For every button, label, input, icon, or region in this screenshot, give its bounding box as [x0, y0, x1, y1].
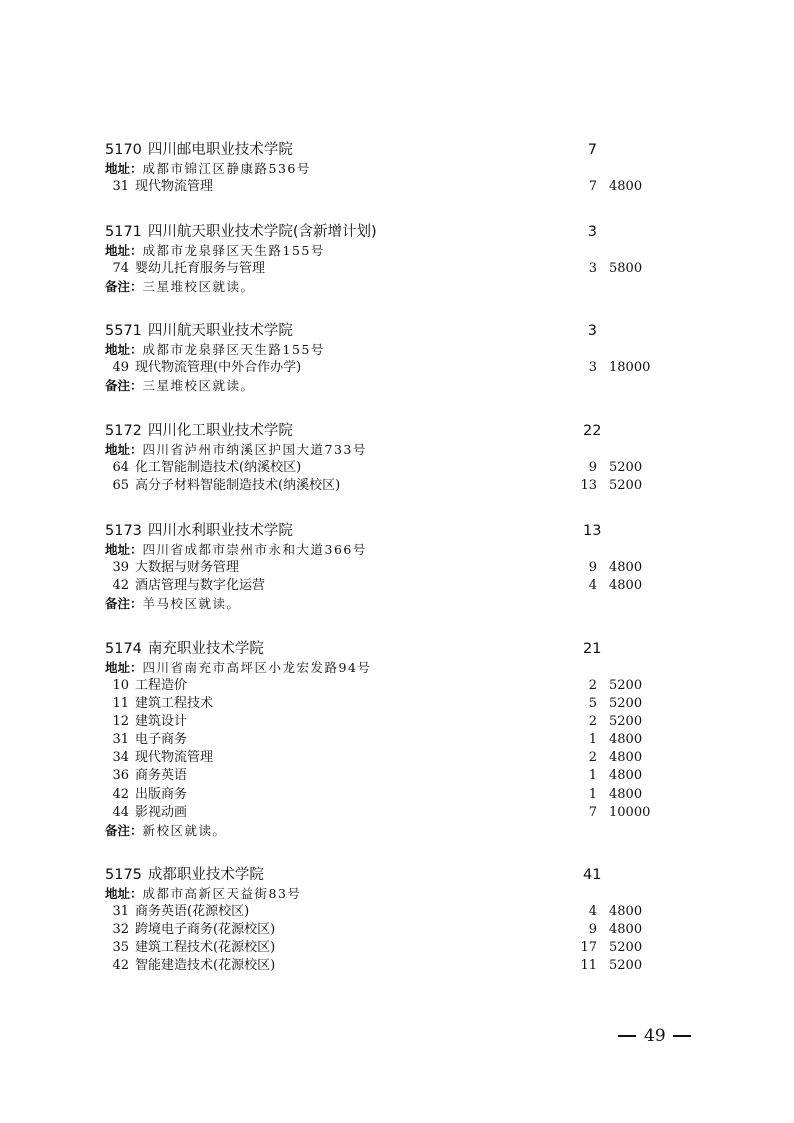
note-label: 备注： — [105, 823, 143, 838]
school-name: 南充职业技术学院 — [148, 641, 264, 657]
major-fee: 18000 — [609, 359, 650, 377]
major-name: 大数据与财务管理 — [135, 560, 239, 575]
major-row: 35建筑工程技术(花源校区) 17 5200 — [105, 939, 665, 957]
school-address: 地址：四川省南充市高坪区小龙宏发路94号 — [105, 659, 665, 677]
major-name: 商务英语 — [135, 768, 187, 783]
major-row: 11建筑工程技术 5 5200 — [105, 695, 665, 713]
school-total: 13 — [583, 522, 597, 541]
major-row: 44影视动画 7 10000 — [105, 804, 665, 822]
major-row: 32跨境电子商务(花源校区) 9 4800 — [105, 921, 665, 939]
major-fee: 4800 — [609, 903, 642, 921]
major-code: 49 — [108, 359, 129, 377]
school-block: 5173四川水利职业技术学院 13 地址：四川省成都市崇州市永和大道366号 3… — [105, 522, 665, 613]
note-value: 羊马校区就读。 — [143, 596, 241, 611]
major-fee: 5200 — [609, 957, 642, 975]
school-block: 5172四川化工职业技术学院 22 地址：四川省泸州市纳溪区护国大道733号 6… — [105, 422, 665, 495]
major-count: 2 — [575, 749, 597, 767]
address-label: 地址： — [105, 442, 143, 457]
major-name: 建筑工程技术 — [135, 696, 213, 711]
school-address: 地址：成都市锦江区静康路536号 — [105, 160, 665, 178]
major-count: 7 — [575, 178, 597, 196]
school-total: 7 — [583, 141, 597, 160]
major-name: 酒店管理与数字化运营 — [135, 578, 265, 593]
major-fee: 5200 — [609, 939, 642, 957]
major-row: 42酒店管理与数字化运营 4 4800 — [105, 577, 665, 595]
major-count: 5 — [575, 695, 597, 713]
school-name: 四川水利职业技术学院 — [148, 523, 293, 539]
school-total: 41 — [583, 866, 597, 885]
school-address: 地址：成都市高新区天益街83号 — [105, 885, 665, 903]
school-block: 5170四川邮电职业技术学院 7 地址：成都市锦江区静康路536号 31现代物流… — [105, 141, 665, 196]
major-fee: 4800 — [609, 749, 642, 767]
school-code: 5170 — [105, 142, 142, 158]
major-row: 74婴幼儿托育服务与管理 3 5800 — [105, 260, 665, 278]
major-count: 4 — [575, 577, 597, 595]
major-fee: 5800 — [609, 260, 642, 278]
major-fee: 5200 — [609, 695, 642, 713]
major-fee: 5200 — [609, 459, 642, 477]
major-fee: 4800 — [609, 577, 642, 595]
major-row: 64化工智能制造技术(纳溪校区) 9 5200 — [105, 459, 665, 477]
major-code: 44 — [108, 804, 129, 822]
school-header: 5173四川水利职业技术学院 13 — [105, 522, 665, 541]
address-label: 地址： — [105, 243, 143, 258]
note-label: 备注： — [105, 279, 143, 294]
major-row: 31现代物流管理 7 4800 — [105, 178, 665, 196]
address-value: 成都市龙泉驿区天生路155号 — [143, 342, 325, 357]
major-code: 39 — [108, 559, 129, 577]
dash-left — [618, 1035, 636, 1037]
major-name: 现代物流管理 — [135, 750, 213, 765]
major-name: 工程造价 — [135, 678, 187, 693]
address-label: 地址： — [105, 660, 143, 675]
address-value: 四川省泸州市纳溪区护国大道733号 — [143, 442, 367, 457]
note-label: 备注： — [105, 596, 143, 611]
major-row: 10工程造价 2 5200 — [105, 677, 665, 695]
school-header: 5174南充职业技术学院 21 — [105, 640, 665, 659]
major-fee: 5200 — [609, 677, 642, 695]
major-count: 11 — [575, 957, 597, 975]
school-header: 5172四川化工职业技术学院 22 — [105, 422, 665, 441]
major-count: 1 — [575, 731, 597, 749]
major-name: 建筑工程技术(花源校区) — [135, 940, 275, 955]
school-address: 地址：成都市龙泉驿区天生路155号 — [105, 341, 665, 359]
school-code: 5172 — [105, 423, 142, 439]
major-row: 39大数据与财务管理 9 4800 — [105, 559, 665, 577]
major-row: 34现代物流管理 2 4800 — [105, 749, 665, 767]
major-count: 1 — [575, 767, 597, 785]
major-code: 11 — [108, 695, 129, 713]
school-total: 21 — [583, 640, 597, 659]
major-fee: 4800 — [609, 178, 642, 196]
major-name: 婴幼儿托育服务与管理 — [135, 261, 265, 276]
major-code: 42 — [108, 786, 129, 804]
major-code: 32 — [108, 921, 129, 939]
note-label: 备注： — [105, 378, 143, 393]
address-label: 地址： — [105, 886, 143, 901]
school-name: 成都职业技术学院 — [148, 867, 264, 883]
major-code: 74 — [108, 260, 129, 278]
school-block: 5175成都职业技术学院 41 地址：成都市高新区天益街83号 31商务英语(花… — [105, 866, 665, 975]
major-name: 智能建造技术(花源校区) — [135, 958, 275, 973]
major-count: 7 — [575, 804, 597, 822]
address-label: 地址： — [105, 342, 143, 357]
major-row: 31电子商务 1 4800 — [105, 731, 665, 749]
major-name: 建筑设计 — [135, 714, 187, 729]
major-count: 13 — [575, 477, 597, 495]
major-code: 34 — [108, 749, 129, 767]
major-fee: 4800 — [609, 921, 642, 939]
major-code: 65 — [108, 477, 129, 495]
major-count: 4 — [575, 903, 597, 921]
school-address: 地址：四川省成都市崇州市永和大道366号 — [105, 541, 665, 559]
major-name: 现代物流管理(中外合作办学) — [135, 360, 301, 375]
major-code: 31 — [108, 731, 129, 749]
address-label: 地址： — [105, 542, 143, 557]
major-code: 64 — [108, 459, 129, 477]
major-fee: 4800 — [609, 731, 642, 749]
school-note: 备注：三星堆校区就读。 — [105, 377, 665, 395]
page-number: 49 — [618, 1024, 694, 1048]
school-block: 5171四川航天职业技术学院(含新增计划) 3 地址：成都市龙泉驿区天生路155… — [105, 223, 665, 296]
major-count: 17 — [575, 939, 597, 957]
school-name: 四川航天职业技术学院 — [148, 323, 293, 339]
address-label: 地址： — [105, 161, 143, 176]
major-name: 电子商务 — [135, 732, 187, 747]
school-name: 四川航天职业技术学院(含新增计划) — [148, 224, 377, 240]
major-fee: 4800 — [609, 786, 642, 804]
major-name: 商务英语(花源校区) — [135, 904, 249, 919]
major-code: 31 — [108, 903, 129, 921]
school-note: 备注：羊马校区就读。 — [105, 595, 665, 613]
school-total: 3 — [583, 223, 597, 242]
major-fee: 5200 — [609, 713, 642, 731]
note-value: 三星堆校区就读。 — [143, 378, 255, 393]
major-name: 出版商务 — [135, 787, 187, 802]
major-row: 42智能建造技术(花源校区) 11 5200 — [105, 957, 665, 975]
major-count: 3 — [575, 260, 597, 278]
major-name: 现代物流管理 — [135, 179, 213, 194]
major-count: 9 — [575, 559, 597, 577]
school-name: 四川邮电职业技术学院 — [148, 142, 293, 158]
school-block: 5174南充职业技术学院 21 地址：四川省南充市高坪区小龙宏发路94号 10工… — [105, 640, 665, 840]
school-note: 备注：三星堆校区就读。 — [105, 278, 665, 296]
major-fee: 4800 — [609, 559, 642, 577]
major-code: 36 — [108, 767, 129, 785]
major-code: 31 — [108, 178, 129, 196]
page-number-value: 49 — [644, 1024, 666, 1048]
school-code: 5171 — [105, 224, 142, 240]
school-total: 3 — [583, 322, 597, 341]
school-header: 5171四川航天职业技术学院(含新增计划) 3 — [105, 223, 665, 242]
major-code: 42 — [108, 577, 129, 595]
school-code: 5173 — [105, 523, 142, 539]
school-header: 5175成都职业技术学院 41 — [105, 866, 665, 885]
major-row: 36商务英语 1 4800 — [105, 767, 665, 785]
major-code: 12 — [108, 713, 129, 731]
school-address: 地址：四川省泸州市纳溪区护国大道733号 — [105, 441, 665, 459]
school-address: 地址：成都市龙泉驿区天生路155号 — [105, 242, 665, 260]
major-count: 3 — [575, 359, 597, 377]
school-header: 5571四川航天职业技术学院 3 — [105, 322, 665, 341]
major-name: 影视动画 — [135, 805, 187, 820]
note-value: 新校区就读。 — [143, 823, 227, 838]
document-page: 5170四川邮电职业技术学院 7 地址：成都市锦江区静康路536号 31现代物流… — [0, 0, 794, 1123]
major-row: 49现代物流管理(中外合作办学) 3 18000 — [105, 359, 665, 377]
address-value: 四川省南充市高坪区小龙宏发路94号 — [143, 660, 372, 675]
major-code: 42 — [108, 957, 129, 975]
major-row: 65高分子材料智能制造技术(纳溪校区) 13 5200 — [105, 477, 665, 495]
major-count: 9 — [575, 921, 597, 939]
major-code: 35 — [108, 939, 129, 957]
major-count: 2 — [575, 713, 597, 731]
address-value: 四川省成都市崇州市永和大道366号 — [143, 542, 367, 557]
school-code: 5571 — [105, 323, 142, 339]
dash-right — [673, 1035, 691, 1037]
major-count: 9 — [575, 459, 597, 477]
major-count: 2 — [575, 677, 597, 695]
address-value: 成都市龙泉驿区天生路155号 — [143, 243, 325, 258]
major-count: 1 — [575, 786, 597, 804]
major-name: 跨境电子商务(花源校区) — [135, 922, 275, 937]
school-note: 备注：新校区就读。 — [105, 822, 665, 840]
major-code: 10 — [108, 677, 129, 695]
major-fee: 10000 — [609, 804, 650, 822]
school-name: 四川化工职业技术学院 — [148, 423, 293, 439]
note-value: 三星堆校区就读。 — [143, 279, 255, 294]
school-header: 5170四川邮电职业技术学院 7 — [105, 141, 665, 160]
major-fee: 4800 — [609, 767, 642, 785]
address-value: 成都市高新区天益街83号 — [143, 886, 302, 901]
major-row: 31商务英语(花源校区) 4 4800 — [105, 903, 665, 921]
major-name: 化工智能制造技术(纳溪校区) — [135, 460, 301, 475]
school-block: 5571四川航天职业技术学院 3 地址：成都市龙泉驿区天生路155号 49现代物… — [105, 322, 665, 395]
major-fee: 5200 — [609, 477, 642, 495]
major-row: 42出版商务 1 4800 — [105, 786, 665, 804]
major-row: 12建筑设计 2 5200 — [105, 713, 665, 731]
address-value: 成都市锦江区静康路536号 — [143, 161, 311, 176]
major-name: 高分子材料智能制造技术(纳溪校区) — [135, 478, 340, 493]
school-total: 22 — [583, 422, 597, 441]
school-code: 5175 — [105, 867, 142, 883]
school-code: 5174 — [105, 641, 142, 657]
